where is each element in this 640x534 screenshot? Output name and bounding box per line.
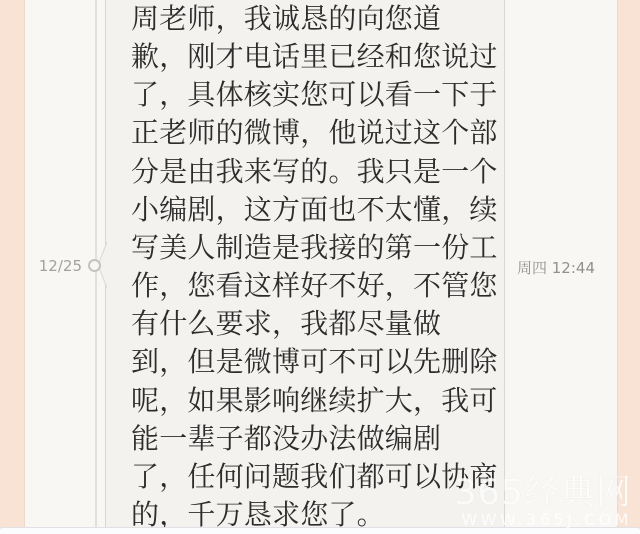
sms-conversation-screen: 12/25 周老师，我诚恳的向您道 歉，刚才电话里已经和您说过 了，具体核实您可… bbox=[0, 0, 640, 534]
message-text: 周老师，我诚恳的向您道 歉，刚才电话里已经和您说过 了，具体核实您可以看一下于 … bbox=[131, 0, 503, 534]
background-left-edge bbox=[0, 0, 25, 534]
message-bubble[interactable]: 周老师，我诚恳的向您道 歉，刚才电话里已经和您说过 了，具体核实您可以看一下于 … bbox=[105, 0, 505, 534]
timeline-node-icon bbox=[88, 259, 101, 272]
background-right-edge bbox=[617, 0, 640, 534]
message-time-label: 周四 12:44 bbox=[517, 257, 595, 278]
timeline-date-label: 12/25 bbox=[24, 257, 82, 275]
next-card-edge bbox=[0, 527, 640, 534]
